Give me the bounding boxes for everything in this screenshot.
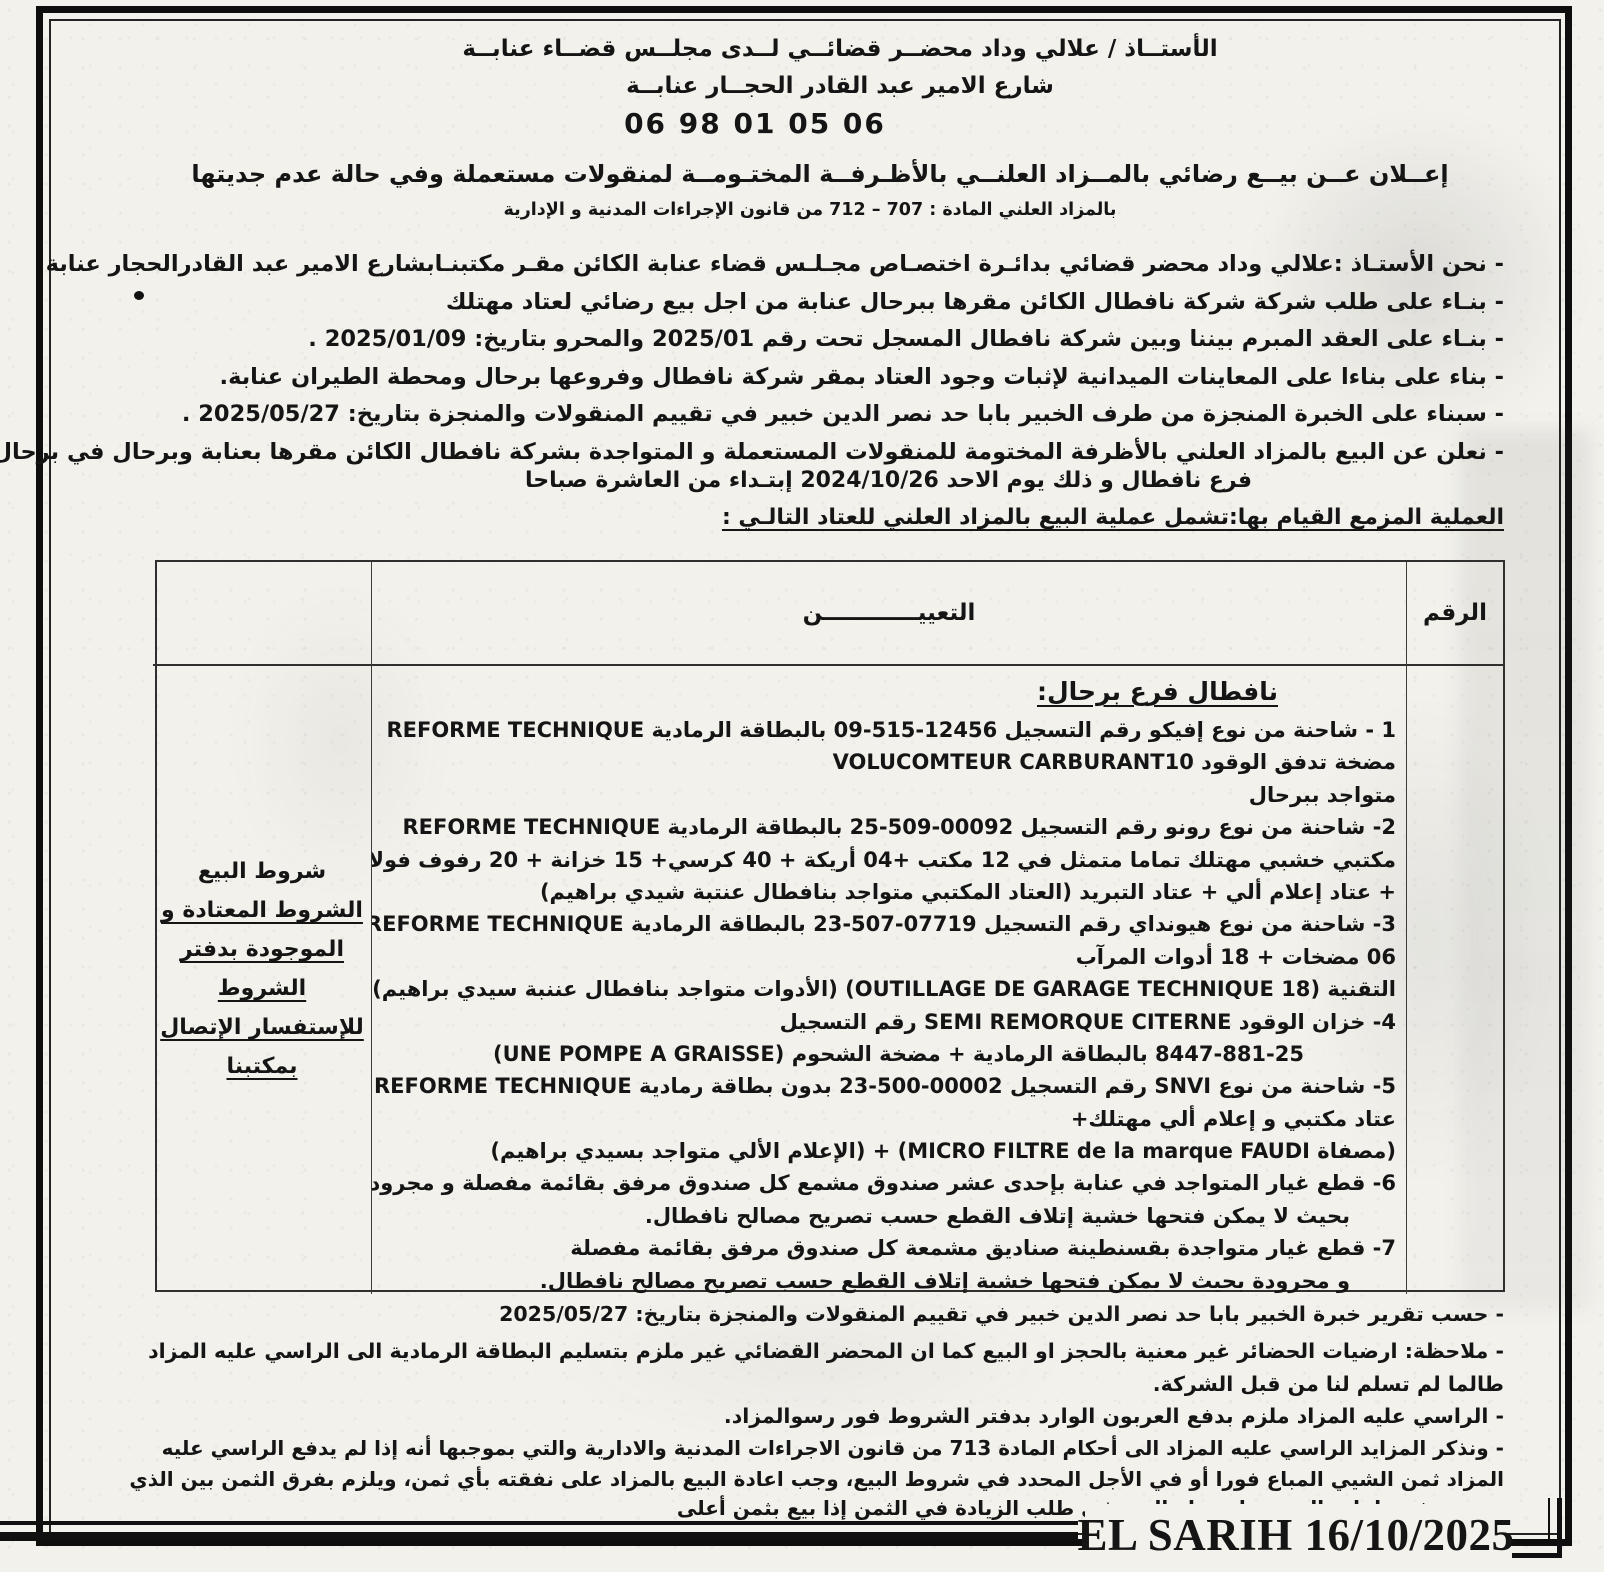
footer-rule xyxy=(0,1521,1078,1525)
equipment-line: عتاد مكتبي و إعلام ألي مهتلك+ xyxy=(376,1103,1396,1135)
office-address-line: شارع الامير عبد القادر الحجــار عنابــة xyxy=(60,73,1604,99)
journal-name-date: EL SARIH 16/10/2025 xyxy=(1085,1504,1507,1566)
conditions-line: شروط البيع xyxy=(153,852,371,891)
equipment-line: 1 - شاحنة من نوع إفيكو رقم التسجيل 12456… xyxy=(376,714,1396,746)
column-header-designation: التعييــــــــــــن xyxy=(371,562,1406,666)
announcement-subtitle: بالمزاد العلني المادة : 707 – 712 من قان… xyxy=(30,200,1590,220)
preamble-clause: - بناء على بناءا على المعاينات الميدانية… xyxy=(84,359,1504,397)
preamble-clauses: - نحن الأستـاذ :علالي وداد محضر قضائي بد… xyxy=(84,246,1504,471)
equipment-line: مضخة تدفق الوقود VOLUCOMTEUR CARBURANT10 xyxy=(376,746,1396,778)
preamble-clause: - بنـاء على طلب شركة شركة نافطال الكائن … xyxy=(84,284,1504,322)
bailiff-name-line: الأستــاذ / علالي وداد محضــر قضائــي لـ… xyxy=(60,36,1604,62)
equipment-line: التقنية (OUTILLAGE DE GARAGE TECHNIQUE 1… xyxy=(376,973,1396,1005)
announcement-title: إعــلان عــن بيــع رضائي بالمــزاد العلن… xyxy=(30,160,1604,188)
preamble-clause: - بنـاء على العقد المبرم بيننا وبين شركة… xyxy=(84,321,1504,359)
column-header-conditions xyxy=(153,562,371,666)
equipment-line: و مجرودة بحيث لا يمكن فتحها خشية إتلاف ا… xyxy=(376,1265,1396,1294)
conditions-line: الموجودة بدفتر xyxy=(153,930,371,969)
remark-line: - ملاحظة: ارضيات الحضائر غير معنية بالحج… xyxy=(148,1339,1504,1363)
equipment-line: 5- شاحنة من نوع SNVI رقم التسجيل 00002-5… xyxy=(376,1070,1396,1102)
column-header-number: الرقم xyxy=(1406,562,1503,666)
conditions-line: بمكتبنا xyxy=(153,1047,371,1086)
equipment-table: الرقم التعييــــــــــــن نافطال فرع برح… xyxy=(155,560,1505,1292)
branch-section-title: نافطال فرع برحال: xyxy=(376,670,1396,714)
equipment-line: 6- قطع غيار المتواجد في عنابة بإحدى عشر … xyxy=(376,1167,1396,1199)
conditions-line: الشروط المعتادة و xyxy=(153,891,371,930)
deposit-obligation-line: - الراسي عليه المزاد ملزم بدفع العربون ا… xyxy=(724,1404,1504,1428)
operation-line: العملية المزمع القيام بها:تشمل عملية الب… xyxy=(722,505,1504,530)
remark-line-continuation: طالما لم تسلم لنا من قبل الشركة. xyxy=(1153,1372,1504,1396)
sale-conditions-column: شروط البيع الشروط المعتادة و الموجودة بد… xyxy=(153,666,371,1294)
footer-rule xyxy=(0,1532,1078,1541)
article-713-line-continuation: المزاد ثمن الشيي المباع فورا أو في الأجل… xyxy=(129,1467,1504,1491)
preamble-clause: - نحن الأستـاذ :علالي وداد محضر قضائي بد… xyxy=(84,246,1504,284)
equipment-line: 06 مضخات + 18 أدوات المرآب xyxy=(376,941,1396,973)
number-column-body xyxy=(1406,666,1503,1294)
equipment-line: مكتبي خشبي مهتلك تماما متمثل في 12 مكتب … xyxy=(376,844,1396,876)
article-713-line: - ونذكر المزايد الراسي عليه المزاد الى أ… xyxy=(162,1436,1504,1460)
equipment-line: بحيث لا يمكن فتحها خشية إتلاف القطع حسب … xyxy=(376,1200,1396,1232)
equipment-line: 8447-881-25 بالبطاقة الرمادية + مضخة الش… xyxy=(376,1038,1396,1070)
preamble-clause: - نعلن عن البيع بالمزاد العلني بالأظرفة … xyxy=(84,434,1504,472)
designation-column-body: نافطال فرع برحال: 1 - شاحنة من نوع إفيكو… xyxy=(371,666,1406,1294)
conditions-line: للإستفسار الإتصال xyxy=(153,1008,371,1047)
frame-corner-bracket xyxy=(1512,1498,1562,1558)
auction-date-line: فرع نافطال و ذلك يوم الاحد 2024/10/26 إب… xyxy=(525,468,1252,493)
scanned-newspaper-notice: الأستــاذ / علالي وداد محضــر قضائــي لـ… xyxy=(0,0,1604,1572)
equipment-line: 7- قطع غيار متواجدة بقسنطينة صناديق مشمع… xyxy=(376,1232,1396,1264)
equipment-line: + عتاد إعلام ألي + عتاد التبريد (العتاد … xyxy=(376,876,1396,908)
phone-number: 06 98 01 05 06 xyxy=(0,107,1535,140)
equipment-line: 3- شاحنة من نوع هيونداي رقم التسجيل 0771… xyxy=(376,908,1396,940)
conditions-line: الشروط xyxy=(153,969,371,1008)
equipment-line: (مصفاة MICRO FILTRE de la marque FAUDI) … xyxy=(376,1135,1396,1167)
equipment-line: 2- شاحنة من نوع رونو رقم التسجيل 00092-5… xyxy=(376,811,1396,843)
expert-report-line: - حسب تقرير خبرة الخبير بابا حد نصر الدي… xyxy=(499,1302,1504,1326)
preamble-clause: - سبناء على الخبرة المنجزة من طرف الخبير… xyxy=(84,396,1504,434)
equipment-line: متواجد ببرحال xyxy=(376,779,1396,811)
office-header: الأستــاذ / علالي وداد محضــر قضائــي لـ… xyxy=(60,36,1604,140)
equipment-line: 4- خزان الوقود SEMI REMORQUE CITERNE رقم… xyxy=(376,1006,1396,1038)
